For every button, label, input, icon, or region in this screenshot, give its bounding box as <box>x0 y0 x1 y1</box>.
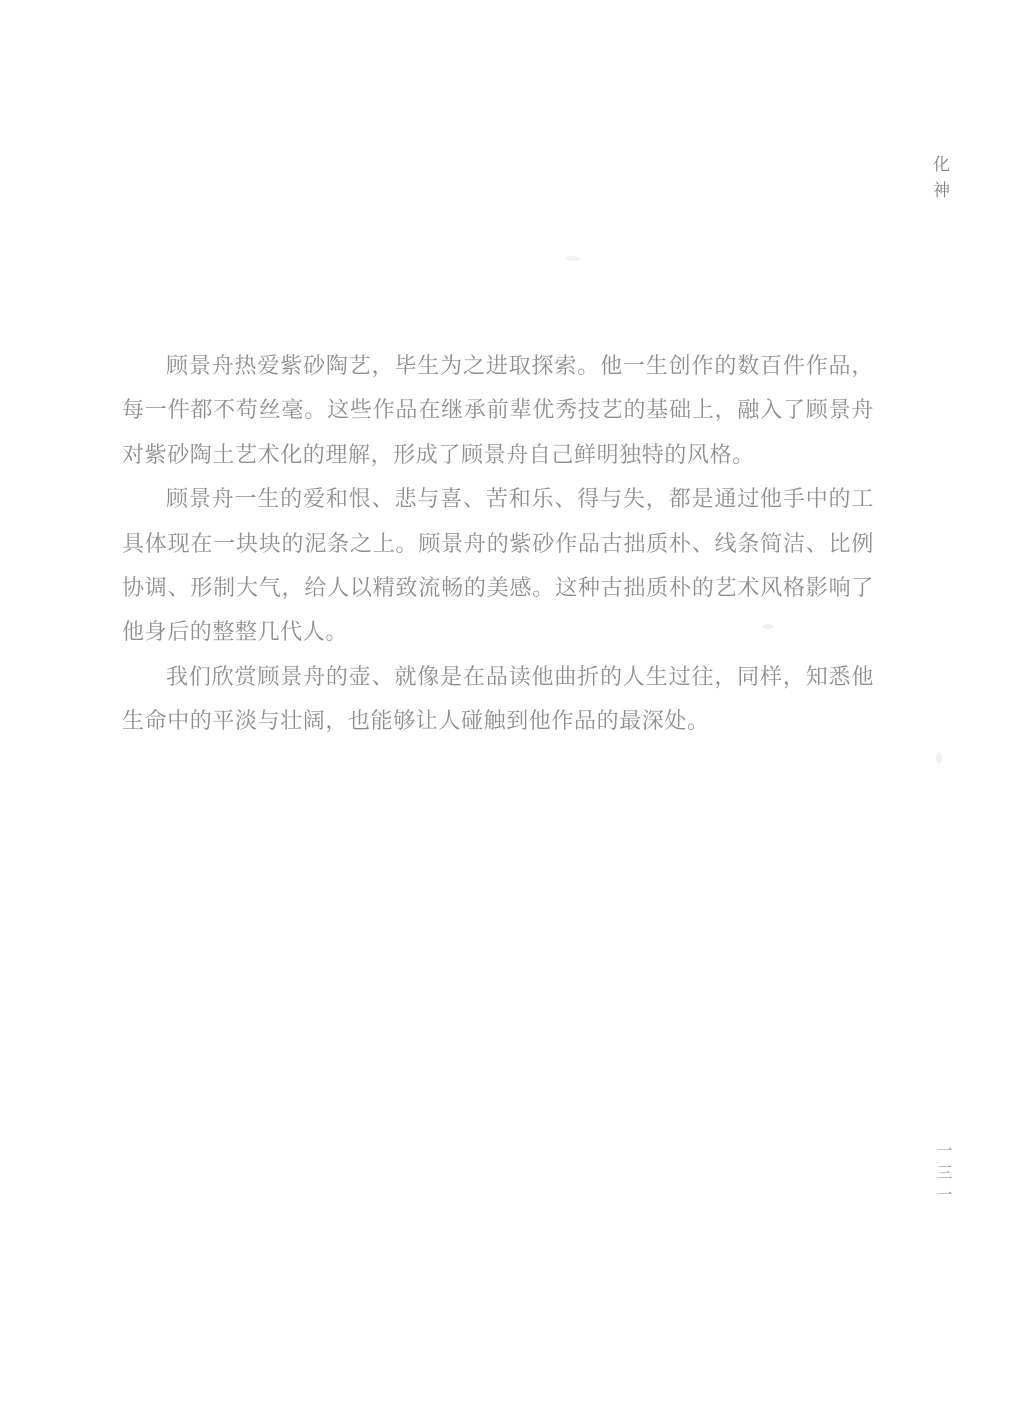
paragraph-3: 我们欣赏顾景舟的壶、就像是在品读他曲折的人生过往，同样，知悉他生命中的平淡与壮阔… <box>122 655 874 744</box>
paragraph-1: 顾景舟热爱紫砂陶艺，毕生为之进取探索。他一生创作的数百件作品，每一件都不苟丝毫。… <box>122 344 874 477</box>
page-number-vertical: 一三一 <box>931 1142 954 1208</box>
book-page: 化神 顾景舟热爱紫砂陶艺，毕生为之进取探索。他一生创作的数百件作品，每一件都不苟… <box>0 0 1016 1424</box>
scan-artifact <box>936 752 942 764</box>
chapter-marker-vertical: 化神 <box>927 155 952 207</box>
paragraph-2: 顾景舟一生的爱和恨、悲与喜、苦和乐、得与失，都是通过他手中的工具体现在一块块的泥… <box>122 477 874 655</box>
body-text-block: 顾景舟热爱紫砂陶艺，毕生为之进取探索。他一生创作的数百件作品，每一件都不苟丝毫。… <box>122 344 874 744</box>
scan-artifact <box>762 624 774 629</box>
scan-artifact <box>566 256 580 261</box>
